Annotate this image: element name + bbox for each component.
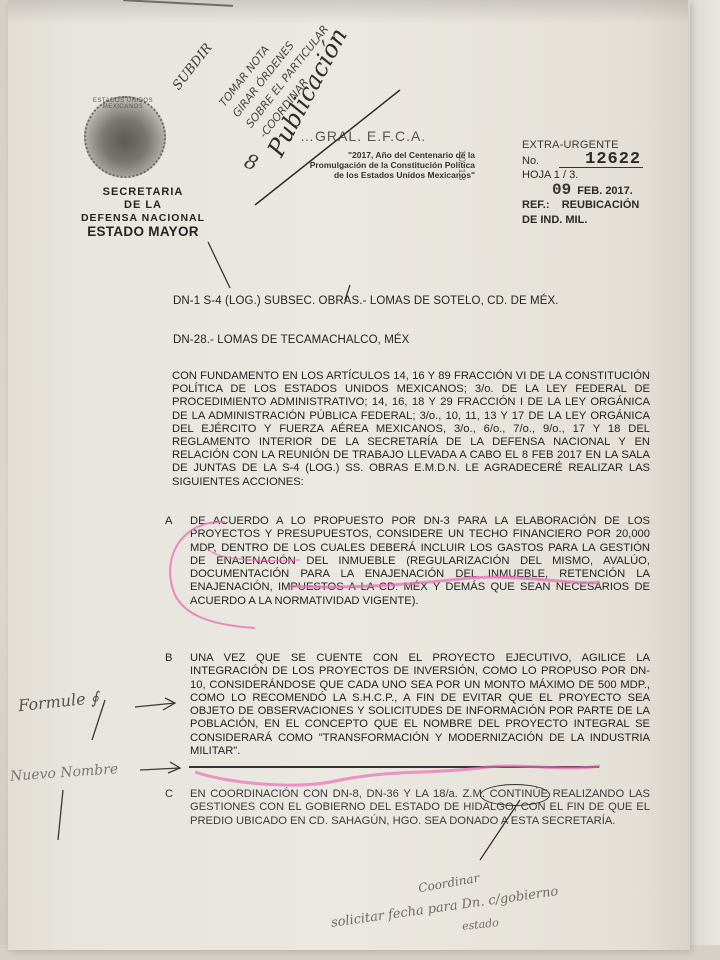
pink-highlighter-marks [0, 0, 720, 960]
